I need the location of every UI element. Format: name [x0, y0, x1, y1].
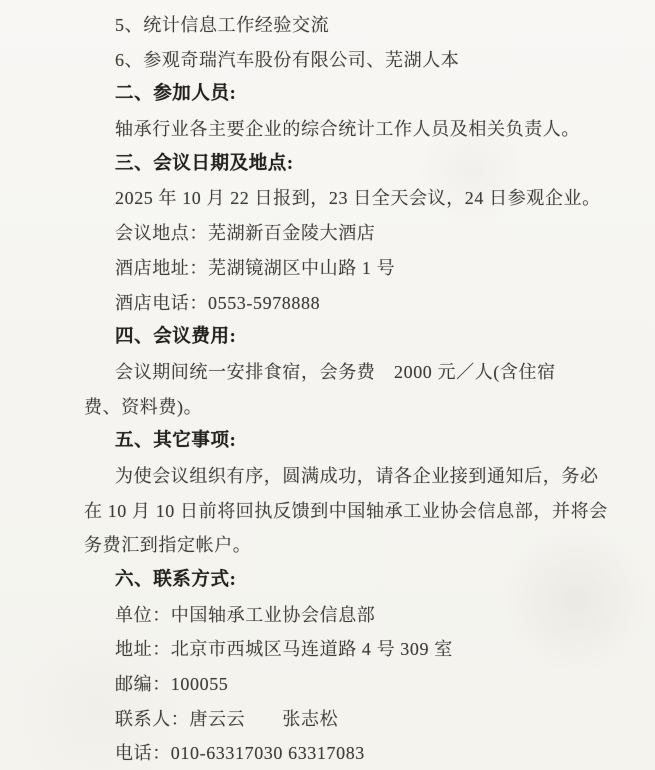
heading-fees: 四、会议费用:	[84, 320, 655, 355]
text-contact-phone: 电话：010-63317030 63317083	[84, 736, 655, 770]
text-contact-unit: 单位：中国轴承工业协会信息部	[84, 598, 655, 633]
text-other-line-2: 在 10 月 10 日前将回执反馈到中国轴承工业协会信息部，并将会	[84, 494, 655, 529]
text-hotel-phone: 酒店电话：0553-5978888	[84, 286, 655, 321]
heading-contact-info: 六、联系方式:	[84, 563, 655, 598]
text-participants: 轴承行业各主要企业的综合统计工作人员及相关负责人。	[84, 112, 655, 147]
heading-date-location: 三、会议日期及地点:	[84, 147, 655, 182]
heading-other-matters: 五、其它事项:	[84, 424, 655, 459]
document-page: 5、统计信息工作经验交流 6、参观奇瑞汽车股份有限公司、芜湖人本 二、参加人员:…	[0, 0, 655, 770]
text-fees-line-2: 费、资料费)。	[84, 390, 655, 425]
agenda-item-6: 6、参观奇瑞汽车股份有限公司、芜湖人本	[84, 43, 655, 78]
agenda-item-5: 5、统计信息工作经验交流	[84, 8, 655, 43]
heading-participants: 二、参加人员:	[84, 77, 655, 112]
text-schedule: 2025 年 10 月 22 日报到，23 日全天会议，24 日参观企业。	[84, 181, 655, 216]
text-contact-address: 地址：北京市西城区马连道路 4 号 309 室	[84, 632, 655, 667]
text-fees-line-1: 会议期间统一安排食宿，会务费 2000 元／人(含住宿	[84, 355, 655, 390]
text-meeting-venue: 会议地点：芜湖新百金陵大酒店	[84, 216, 655, 251]
text-other-line-3: 务费汇到指定帐户。	[84, 528, 655, 563]
text-other-line-1: 为使会议组织有序，圆满成功，请各企业接到通知后，务必	[84, 459, 655, 494]
text-hotel-address: 酒店地址：芜湖镜湖区中山路 1 号	[84, 251, 655, 286]
text-contact-persons: 联系人：唐云云 张志松	[84, 702, 655, 737]
text-contact-postcode: 邮编：100055	[84, 667, 655, 702]
